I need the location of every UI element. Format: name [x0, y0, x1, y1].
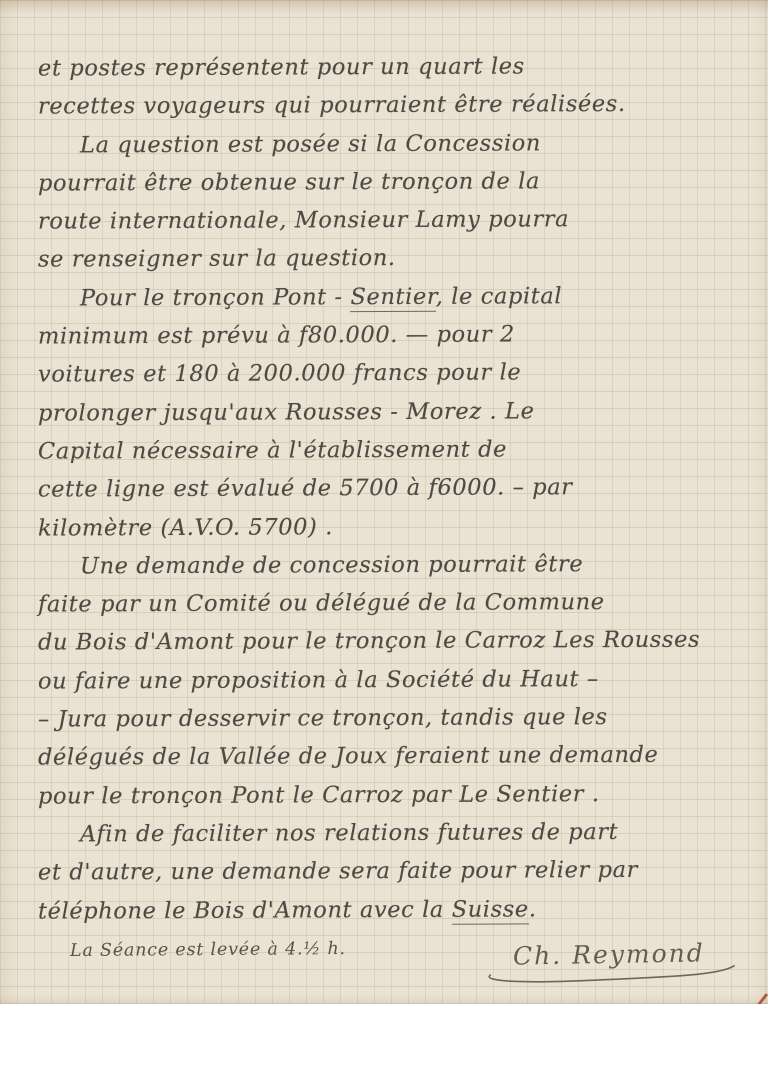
manuscript-page: et postes représentent pour un quart les…	[0, 0, 768, 1004]
manuscript-line: cette ligne est évalué de 5700 à f6000. …	[38, 468, 744, 509]
manuscript-line: et postes représentent pour un quart les	[38, 46, 744, 87]
manuscript-line: voitures et 180 à 200.000 francs pour le	[38, 353, 744, 394]
underlined-word: Suisse	[452, 896, 529, 924]
manuscript-line: et d'autre, une demande sera faite pour …	[38, 851, 744, 892]
manuscript-line: Une demande de concession pourrait être	[38, 544, 744, 585]
manuscript-line: pourrait être obtenue sur le tronçon de …	[38, 161, 744, 202]
manuscript-line: – Jura pour desservir ce tronçon, tandis…	[38, 698, 744, 739]
manuscript-line: Capital nécessaire à l'établissement de	[38, 429, 744, 470]
signature-name: Ch. Reymond	[513, 938, 705, 970]
manuscript-line: La question est posée si la Concession	[38, 123, 744, 164]
manuscript-line: kilomètre (A.V.O. 5700) .	[38, 506, 744, 547]
manuscript-line: faite par un Comité ou délégué de la Com…	[38, 583, 744, 624]
scan-background	[0, 1004, 768, 1086]
signature: Ch. Reymond	[480, 938, 739, 987]
manuscript-line: du Bois d'Amont pour le tronçon le Carro…	[38, 621, 744, 662]
manuscript-line: minimum est prévu à f80.000. — pour 2	[38, 315, 744, 356]
manuscript-line: ou faire une proposition à la Société du…	[38, 659, 744, 700]
manuscript-line: route internationale, Monsieur Lamy pour…	[38, 200, 744, 241]
manuscript-line: prolonger jusqu'aux Rousses - Morez . Le	[38, 391, 744, 432]
scanned-document: et postes représentent pour un quart les…	[0, 0, 768, 1086]
manuscript-lines: et postes représentent pour un quart les…	[0, 48, 768, 929]
manuscript-line: pour le tronçon Pont le Carroz par Le Se…	[38, 774, 744, 815]
underlined-word: Sentier	[350, 284, 435, 312]
manuscript-line: téléphone le Bois d'Amont avec la Suisse…	[38, 889, 744, 930]
manuscript-line: se renseigner sur la question.	[38, 238, 744, 279]
manuscript-line: Afin de faciliter nos relations futures …	[38, 812, 744, 853]
manuscript-line: recettes voyageurs qui pourraient être r…	[38, 85, 744, 126]
manuscript-line: délégués de la Vallée de Joux feraient u…	[38, 736, 744, 777]
closing-sentence: La Séance est levée à 4.½ h.	[70, 939, 346, 961]
manuscript-line: Pour le tronçon Pont - Sentier, le capit…	[38, 276, 744, 317]
closing-row: La Séance est levée à 4.½ h. Ch. Reymond	[0, 940, 768, 985]
